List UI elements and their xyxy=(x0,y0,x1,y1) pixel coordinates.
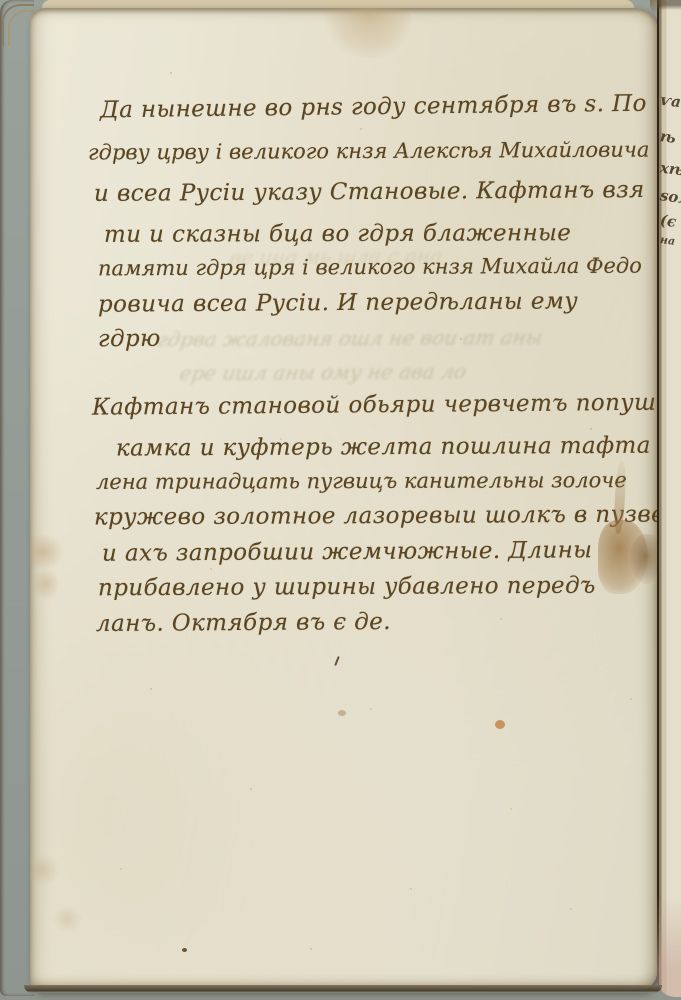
manuscript-line: памяти гдря цря і великого кнзя Михайла … xyxy=(98,256,642,280)
water-stain xyxy=(52,906,82,932)
manuscript-line: камка и куфтерь желта пошлина тафта же xyxy=(116,434,657,460)
manuscript-line: Да нынешне во рнѕ году сентября въ ѕ. По xyxy=(100,93,647,123)
manuscript-line: лена тринадцать пугвицъ канительны золоч… xyxy=(96,470,627,493)
small-spot xyxy=(338,710,346,716)
manuscript-line: гдрю xyxy=(98,328,161,352)
manuscript-line: ти и сказны бца во гдря блаженные xyxy=(104,222,571,247)
water-stain xyxy=(30,534,64,570)
neighbor-text-fragment: ѕол xyxy=(659,186,681,207)
paper-specks xyxy=(30,8,32,10)
ink-stain-blob xyxy=(630,534,657,584)
neighbor-text-fragment: ѣ xyxy=(659,127,677,147)
neighbor-text-fragment: ѵа xyxy=(659,91,681,111)
neighbor-text-fragment: хѣ xyxy=(659,159,681,180)
rust-spot xyxy=(495,720,505,729)
manuscript-line: Кафтанъ становой обьяри червчетъ попушил… xyxy=(92,391,657,419)
showthrough-line: ере ишл аны ому не ава ло xyxy=(178,359,468,385)
manuscript-line: ровича всеа Русіи. И передѣланы ему xyxy=(98,290,578,316)
facing-page-sliver: ѵа ѣ хѣ ѕол (є на xyxy=(657,0,681,997)
manuscript-photo: ве ииа мь шла с ана гдрва жалованя ошл н… xyxy=(0,0,681,1000)
manuscript-line: ланъ. Октября въ є де. xyxy=(96,611,391,636)
manuscript-line: и ахъ запробшии жемчюжные. Длины xyxy=(102,539,592,565)
manuscript-line: прибавлено у ширины убавлено передъ xyxy=(98,575,596,601)
water-stain xyxy=(30,854,60,886)
showthrough-line: гдрва жалованя ошл не вои ат аны xyxy=(156,325,545,352)
neighbor-text-fragment: на xyxy=(659,233,676,248)
neighbor-text-fragment: (є xyxy=(659,211,677,231)
book-bottom-edge xyxy=(24,985,662,993)
manuscript-page: ве ииа мь шла с ана гдрва жалованя ошл н… xyxy=(30,8,657,990)
page-stack-edge xyxy=(0,0,34,996)
water-stain xyxy=(32,568,60,600)
corner-stain xyxy=(650,0,670,15)
small-spot xyxy=(182,948,187,952)
manuscript-line: кружево золотное лазоревыи шолкъ в пузве xyxy=(94,504,657,530)
manuscript-line: гдрву црву і великого кнзя Алексѣя Михай… xyxy=(88,140,650,164)
ink-stain-top xyxy=(325,8,413,58)
manuscript-line: и всеа Русіи указу Становые. Кафтанъ взя xyxy=(94,179,645,206)
pen-mark xyxy=(334,656,340,666)
